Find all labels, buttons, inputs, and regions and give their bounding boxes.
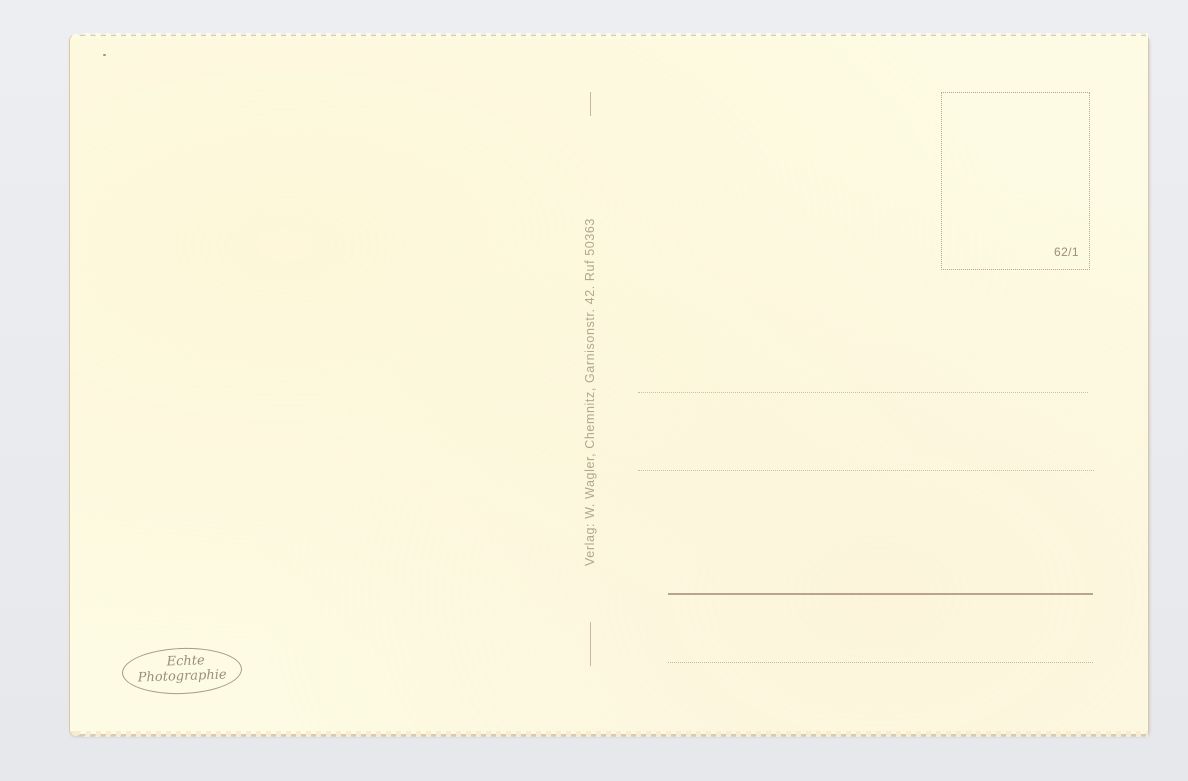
photo-mark-line2: Photographie [123, 667, 241, 686]
publisher-imprint: Verlag: W. Wagler, Chemnitz, Garnisonstr… [583, 218, 597, 566]
address-line-2 [638, 470, 1094, 471]
echte-photographie-mark: Echte Photographie [121, 646, 243, 696]
address-line-1 [638, 392, 1088, 393]
deckled-edge-top [70, 33, 1148, 39]
postcard-back: Verlag: W. Wagler, Chemnitz, Garnisonstr… [70, 36, 1148, 734]
center-divider-top [590, 92, 591, 116]
deckled-edge-bottom [70, 731, 1148, 737]
address-line-4 [668, 662, 1093, 663]
address-line-3 [668, 593, 1093, 595]
paper-speck [103, 54, 106, 56]
center-divider-bottom [590, 622, 591, 666]
stamp-code: 62/1 [1054, 245, 1079, 259]
stamp-box: 62/1 [941, 92, 1090, 270]
